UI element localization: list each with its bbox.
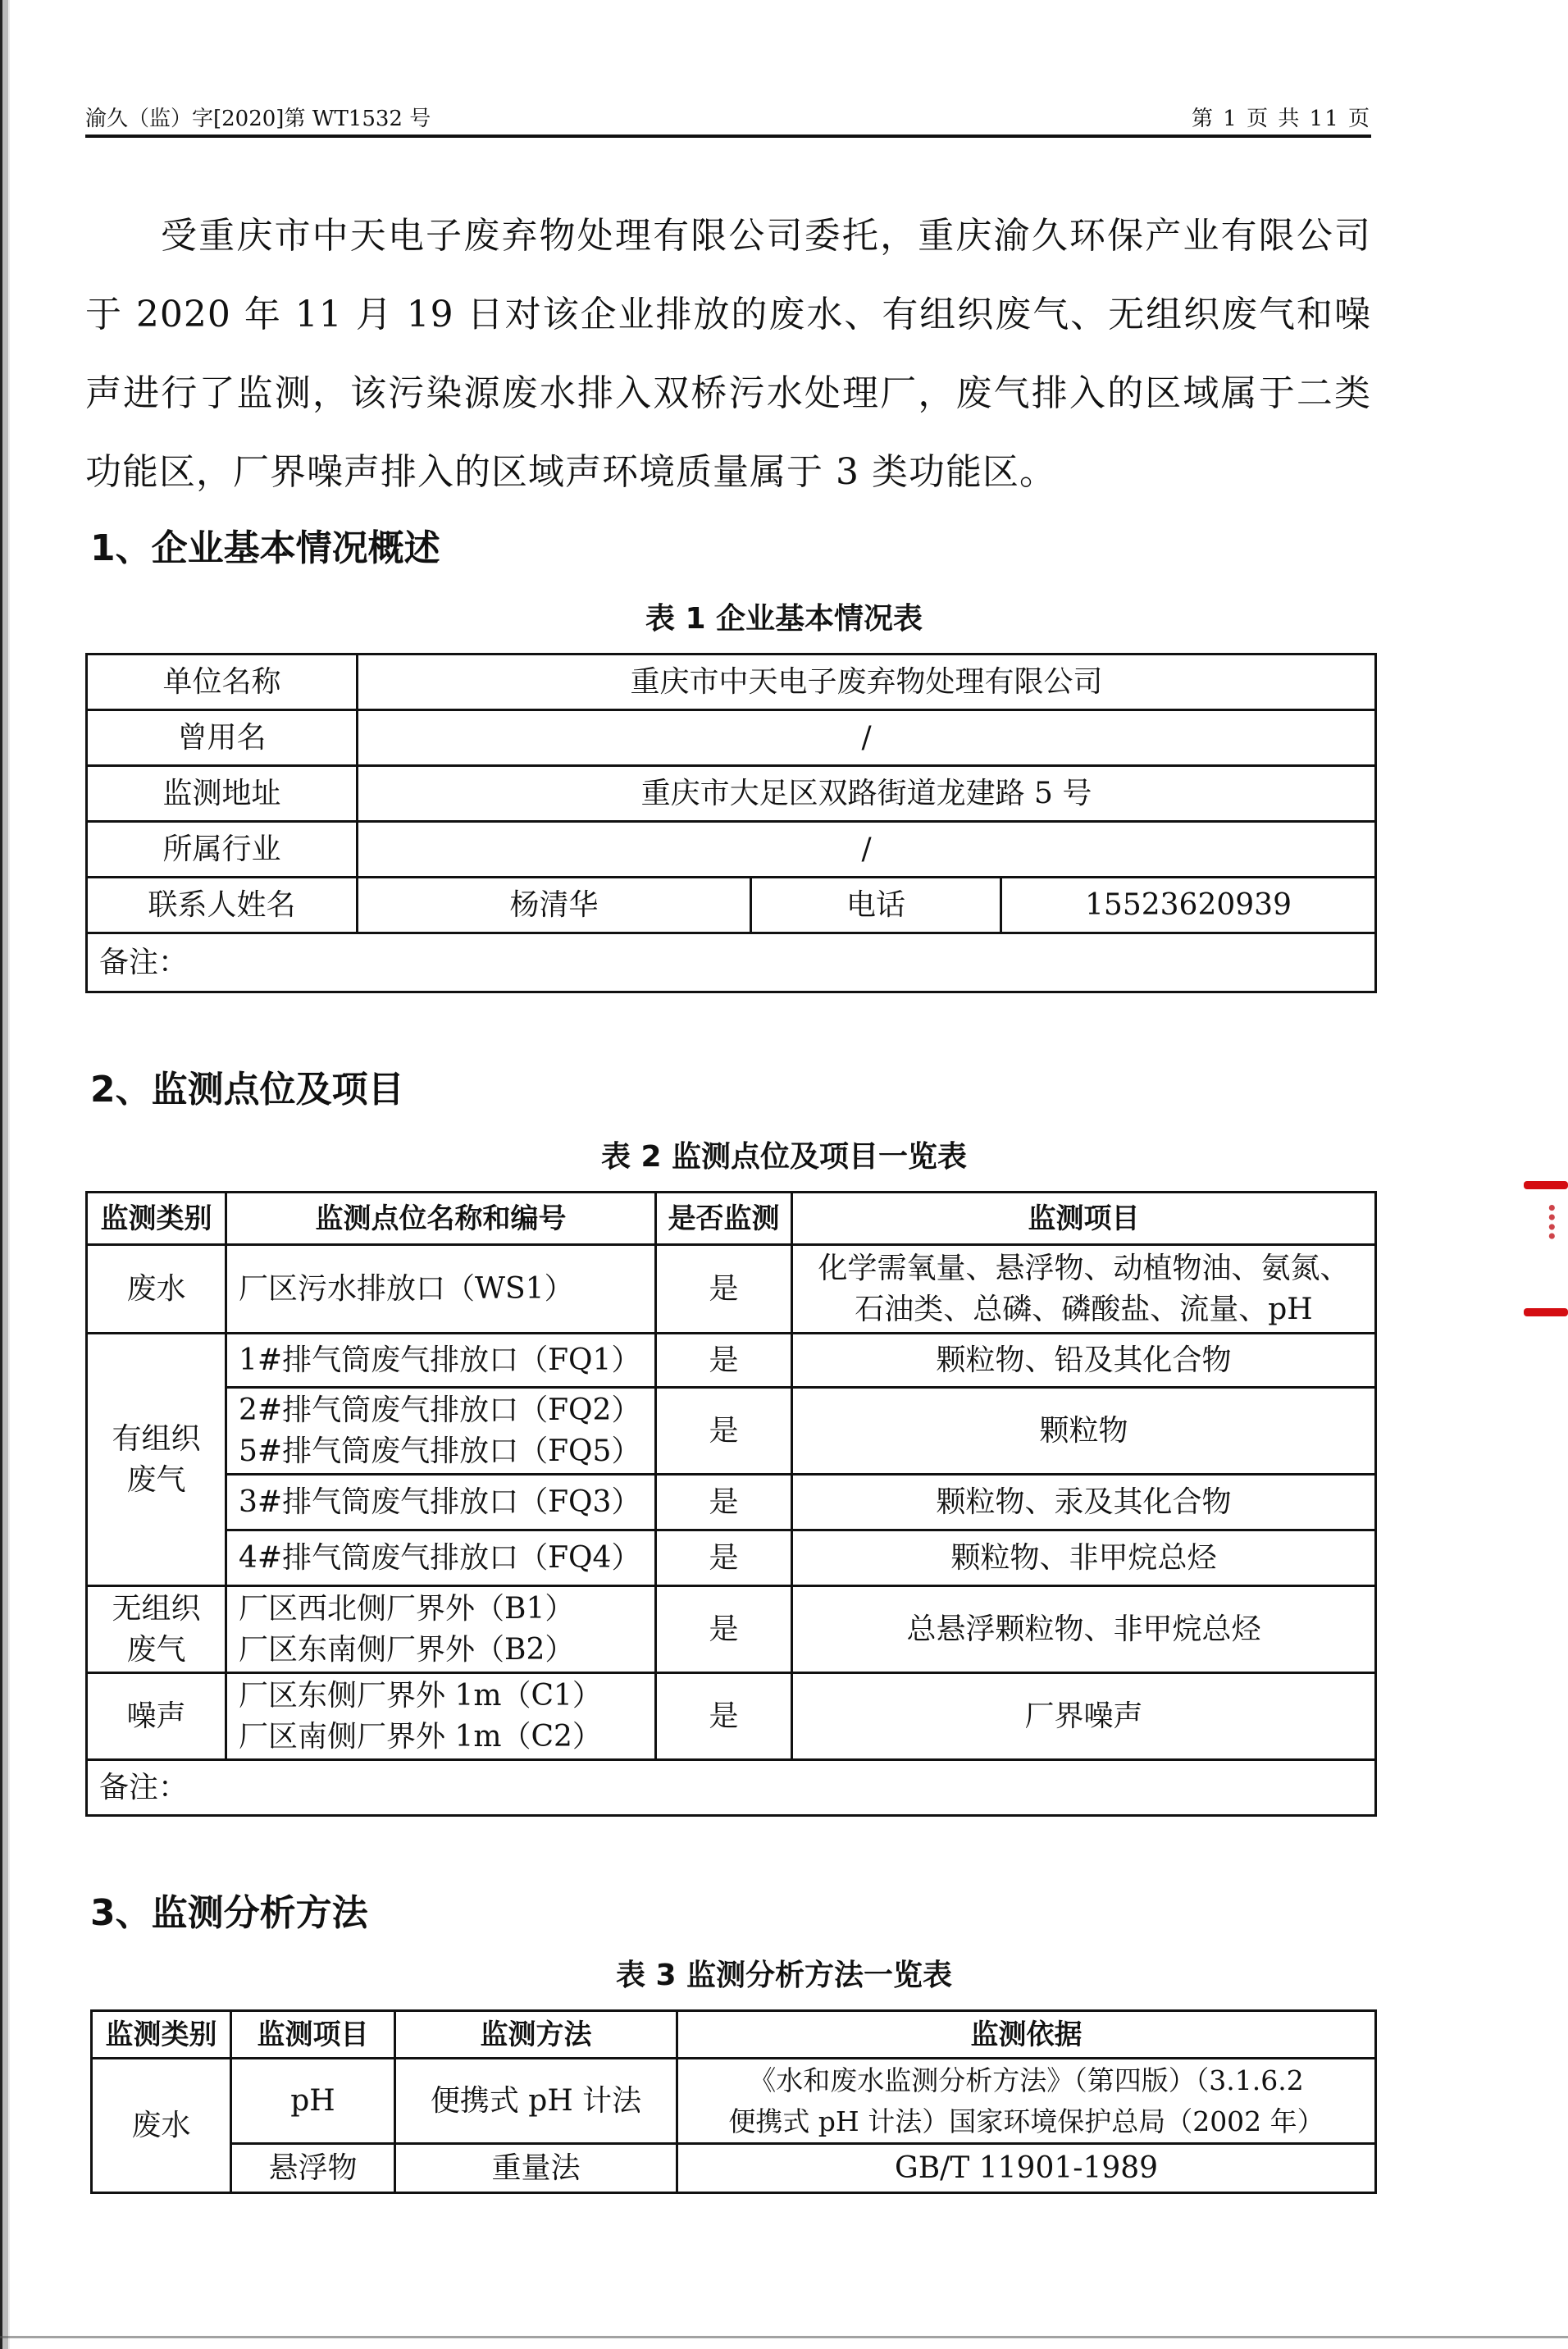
point-cell: 厂区污水排放口（WS1） — [226, 1245, 656, 1334]
table-row: 所属行业 / — [87, 822, 1376, 878]
seal-stamp-bar — [1524, 1308, 1568, 1316]
table-row: 有组织 废气 1#排气筒废气排放口（FQ1） 是 颗粒物、铅及其化合物 — [87, 1334, 1376, 1388]
address-label: 监测地址 — [87, 766, 358, 822]
monitored-cell: 是 — [656, 1673, 792, 1760]
unit-name-value: 重庆市中天电子废弃物处理有限公司 — [358, 655, 1376, 710]
table-row: 联系人姓名 杨清华 电话 15523620939 — [87, 878, 1376, 933]
header-category: 监测类别 — [92, 2011, 231, 2059]
unit-name-label: 单位名称 — [87, 655, 358, 710]
method-cell: 便携式 pH 计法 — [395, 2059, 677, 2144]
monitored-cell: 是 — [656, 1245, 792, 1334]
point-cell: 厂区东侧厂界外 1m（C1） 厂区南侧厂界外 1m（C2） — [226, 1673, 656, 1760]
header-item: 监测项目 — [231, 2011, 395, 2059]
table-row: 废水 厂区污水排放口（WS1） 是 化学需氧量、悬浮物、动植物油、氨氮、 石油类… — [87, 1245, 1376, 1334]
header-method: 监测方法 — [395, 2011, 677, 2059]
phone-label: 电话 — [751, 878, 1001, 933]
page-header: 渝久（监）字[2020]第 WT1532 号 第 1 页 共 11 页 — [85, 102, 1371, 138]
table-row: 3#排气筒废气排放口（FQ3） 是 颗粒物、汞及其化合物 — [87, 1475, 1376, 1530]
method-cell: 重量法 — [395, 2144, 677, 2193]
table-row: 无组织 废气 厂区西北侧厂界外（B1） 厂区东南侧厂界外（B2） 是 总悬浮颗粒… — [87, 1586, 1376, 1673]
industry-label: 所属行业 — [87, 822, 358, 878]
intro-paragraph: 受重庆市中天电子废弃物处理有限公司委托，重庆渝久环保产业有限公司于 2020 年… — [85, 197, 1371, 512]
category-cell: 废水 — [92, 2059, 231, 2193]
phone-value: 15523620939 — [1001, 878, 1376, 933]
monitored-cell: 是 — [656, 1530, 792, 1586]
table-1-company-info: 单位名称 重庆市中天电子废弃物处理有限公司 曾用名 / 监测地址 重庆市大足区双… — [85, 653, 1377, 993]
scan-edge-bottom — [0, 2336, 1568, 2338]
seal-stamp-glyph: ⁞ — [1545, 1197, 1559, 1247]
table-row: 噪声 厂区东侧厂界外 1m（C1） 厂区南侧厂界外 1m（C2） 是 厂界噪声 — [87, 1673, 1376, 1760]
monitored-cell: 是 — [656, 1475, 792, 1530]
former-name-value: / — [358, 710, 1376, 766]
point-cell: 厂区西北侧厂界外（B1） 厂区东南侧厂界外（B2） — [226, 1586, 656, 1673]
section-2-title: 2、监测点位及项目 — [90, 1060, 404, 1112]
category-cell: 噪声 — [87, 1673, 226, 1760]
header-basis: 监测依据 — [677, 2011, 1376, 2059]
items-cell: 颗粒物、汞及其化合物 — [792, 1475, 1376, 1530]
table-row: 2#排气筒废气排放口（FQ2） 5#排气筒废气排放口（FQ5） 是 颗粒物 — [87, 1388, 1376, 1475]
header-category: 监测类别 — [87, 1193, 226, 1245]
category-cell: 有组织 废气 — [87, 1334, 226, 1586]
table-row: 废水 pH 便携式 pH 计法 《水和废水监测分析方法》（第四版）（3.1.6.… — [92, 2059, 1376, 2144]
monitored-cell: 是 — [656, 1586, 792, 1673]
items-cell: 颗粒物 — [792, 1388, 1376, 1475]
table-row: 监测地址 重庆市大足区双路街道龙建路 5 号 — [87, 766, 1376, 822]
former-name-label: 曾用名 — [87, 710, 358, 766]
items-cell: 化学需氧量、悬浮物、动植物油、氨氮、 石油类、总磷、磷酸盐、流量、pH — [792, 1245, 1376, 1334]
table-header-row: 监测类别 监测点位名称和编号 是否监测 监测项目 — [87, 1193, 1376, 1245]
basis-cell: GB/T 11901-1989 — [677, 2144, 1376, 2193]
table-3-caption: 表 3 监测分析方法一览表 — [0, 1952, 1568, 1994]
page-number: 第 1 页 共 11 页 — [1192, 105, 1371, 133]
point-cell: 1#排气筒废气排放口（FQ1） — [226, 1334, 656, 1388]
table-3-analysis-methods: 监测类别 监测项目 监测方法 监测依据 废水 pH 便携式 pH 计法 《水和废… — [90, 2009, 1377, 2194]
point-cell: 4#排气筒废气排放口（FQ4） — [226, 1530, 656, 1586]
table-row: 曾用名 / — [87, 710, 1376, 766]
table-row: 4#排气筒废气排放口（FQ4） 是 颗粒物、非甲烷总烃 — [87, 1530, 1376, 1586]
header-point: 监测点位名称和编号 — [226, 1193, 656, 1245]
point-cell: 2#排气筒废气排放口（FQ2） 5#排气筒废气排放口（FQ5） — [226, 1388, 656, 1475]
category-cell: 废水 — [87, 1245, 226, 1334]
item-cell: pH — [231, 2059, 395, 2144]
item-cell: 悬浮物 — [231, 2144, 395, 2193]
seal-stamp: ⁞ — [1524, 1173, 1568, 1320]
note-label: 备注： — [87, 933, 1376, 992]
table-row: 悬浮物 重量法 GB/T 11901-1989 — [92, 2144, 1376, 2193]
contact-value: 杨清华 — [358, 878, 751, 933]
table-1-caption: 表 1 企业基本情况表 — [0, 595, 1568, 637]
address-value: 重庆市大足区双路街道龙建路 5 号 — [358, 766, 1376, 822]
contact-label: 联系人姓名 — [87, 878, 358, 933]
industry-value: / — [358, 822, 1376, 878]
point-cell: 3#排气筒废气排放口（FQ3） — [226, 1475, 656, 1530]
items-cell: 厂界噪声 — [792, 1673, 1376, 1760]
seal-stamp-bar — [1524, 1181, 1568, 1189]
items-cell: 颗粒物、非甲烷总烃 — [792, 1530, 1376, 1586]
items-cell: 颗粒物、铅及其化合物 — [792, 1334, 1376, 1388]
table-row: 备注： — [87, 1760, 1376, 1816]
report-number: 渝久（监）字[2020]第 WT1532 号 — [85, 105, 431, 133]
table-2-monitoring-points: 监测类别 监测点位名称和编号 是否监测 监测项目 废水 厂区污水排放口（WS1）… — [85, 1191, 1377, 1817]
header-monitored: 是否监测 — [656, 1193, 792, 1245]
section-1-title: 1、企业基本情况概述 — [90, 518, 440, 571]
table-row: 备注： — [87, 933, 1376, 992]
items-cell: 总悬浮颗粒物、非甲烷总烃 — [792, 1586, 1376, 1673]
monitored-cell: 是 — [656, 1388, 792, 1475]
category-cell: 无组织 废气 — [87, 1586, 226, 1673]
note-label: 备注： — [87, 1760, 1376, 1816]
basis-cell: 《水和废水监测分析方法》（第四版）（3.1.6.2 便携式 pH 计法）国家环境… — [677, 2059, 1376, 2144]
section-3-title: 3、监测分析方法 — [90, 1883, 368, 1936]
table-2-caption: 表 2 监测点位及项目一览表 — [0, 1133, 1568, 1175]
monitored-cell: 是 — [656, 1334, 792, 1388]
table-header-row: 监测类别 监测项目 监测方法 监测依据 — [92, 2011, 1376, 2059]
table-row: 单位名称 重庆市中天电子废弃物处理有限公司 — [87, 655, 1376, 710]
header-items: 监测项目 — [792, 1193, 1376, 1245]
